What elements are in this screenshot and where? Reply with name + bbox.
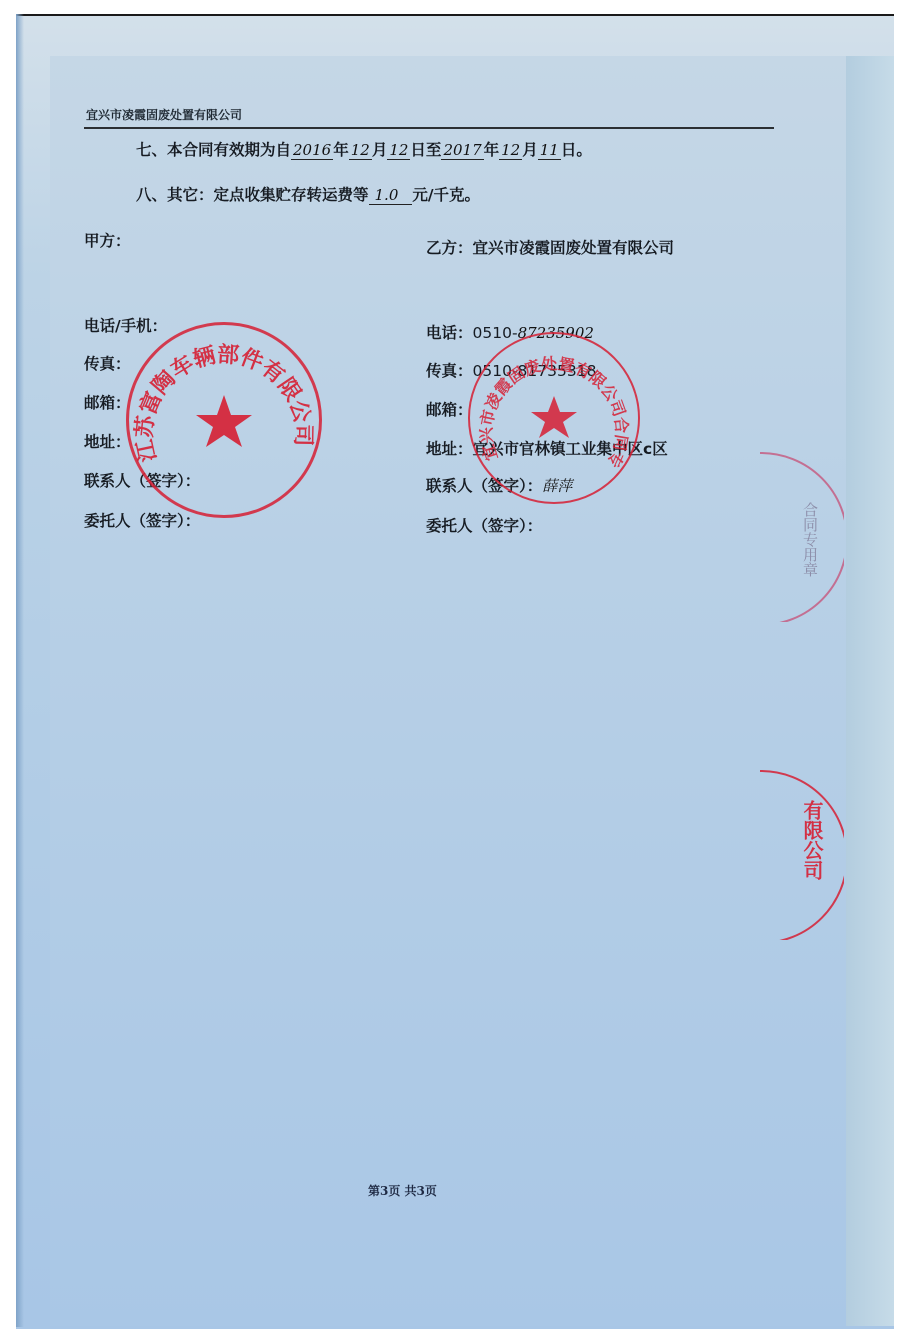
svg-text:宜兴市凌霞固废处置有限公司合同专用章: 宜兴市凌霞固废处置有限公司合同专用章	[462, 319, 631, 471]
edge-seal-2: 有限公司	[760, 770, 844, 940]
start-day: 12	[387, 141, 410, 160]
party-b-email-label: 邮箱：	[426, 398, 473, 420]
clause-8: 八、其它：定点收集贮存转运费等1.0元/千克。	[136, 183, 480, 205]
party-b-name: 宜兴市凌霞固废处置有限公司	[473, 239, 675, 257]
party-a-label: 甲方：	[84, 229, 131, 251]
party-b-contract-seal: 宜兴市凌霞固废处置有限公司合同专用章	[468, 332, 640, 504]
page-number: 第3页 共3页	[368, 1182, 437, 1199]
edge-seal-1: 合同专用章	[760, 452, 844, 622]
party-b-label: 乙方：	[426, 239, 473, 257]
party-a-email-label: 邮箱：	[84, 391, 131, 413]
start-month: 12	[349, 141, 372, 160]
end-month: 12	[499, 141, 522, 160]
underlying-page-edge	[846, 56, 894, 1326]
clause-8-prefix: 八、其它：定点收集贮存转运费等	[136, 186, 369, 204]
header-rule	[84, 127, 774, 129]
start-year: 2016	[291, 141, 333, 160]
party-a-address-label: 地址：	[84, 430, 131, 452]
party-a-fax-label: 传真：	[84, 352, 131, 374]
fee-value: 1.0	[369, 186, 413, 205]
end-day: 11	[538, 141, 561, 160]
clause-7-prefix: 七、本合同有效期为自	[136, 141, 291, 159]
end-year: 2017	[441, 141, 483, 160]
party-b-heading: 乙方：宜兴市凌霞固废处置有限公司	[426, 236, 674, 258]
party-b-agent-label: 委托人（签字）：	[426, 514, 542, 536]
seal-star-icon	[531, 396, 577, 438]
header-company: 宜兴市凌霞固废处置有限公司	[86, 106, 242, 123]
party-a-company-seal: 江苏富陶车辆部件有限公司	[126, 322, 322, 518]
page-edge-shadow	[16, 14, 24, 1327]
clause-7: 七、本合同有效期为自2016年12月12日至2017年12月11日。	[136, 138, 592, 160]
seal-star-icon	[196, 395, 252, 447]
